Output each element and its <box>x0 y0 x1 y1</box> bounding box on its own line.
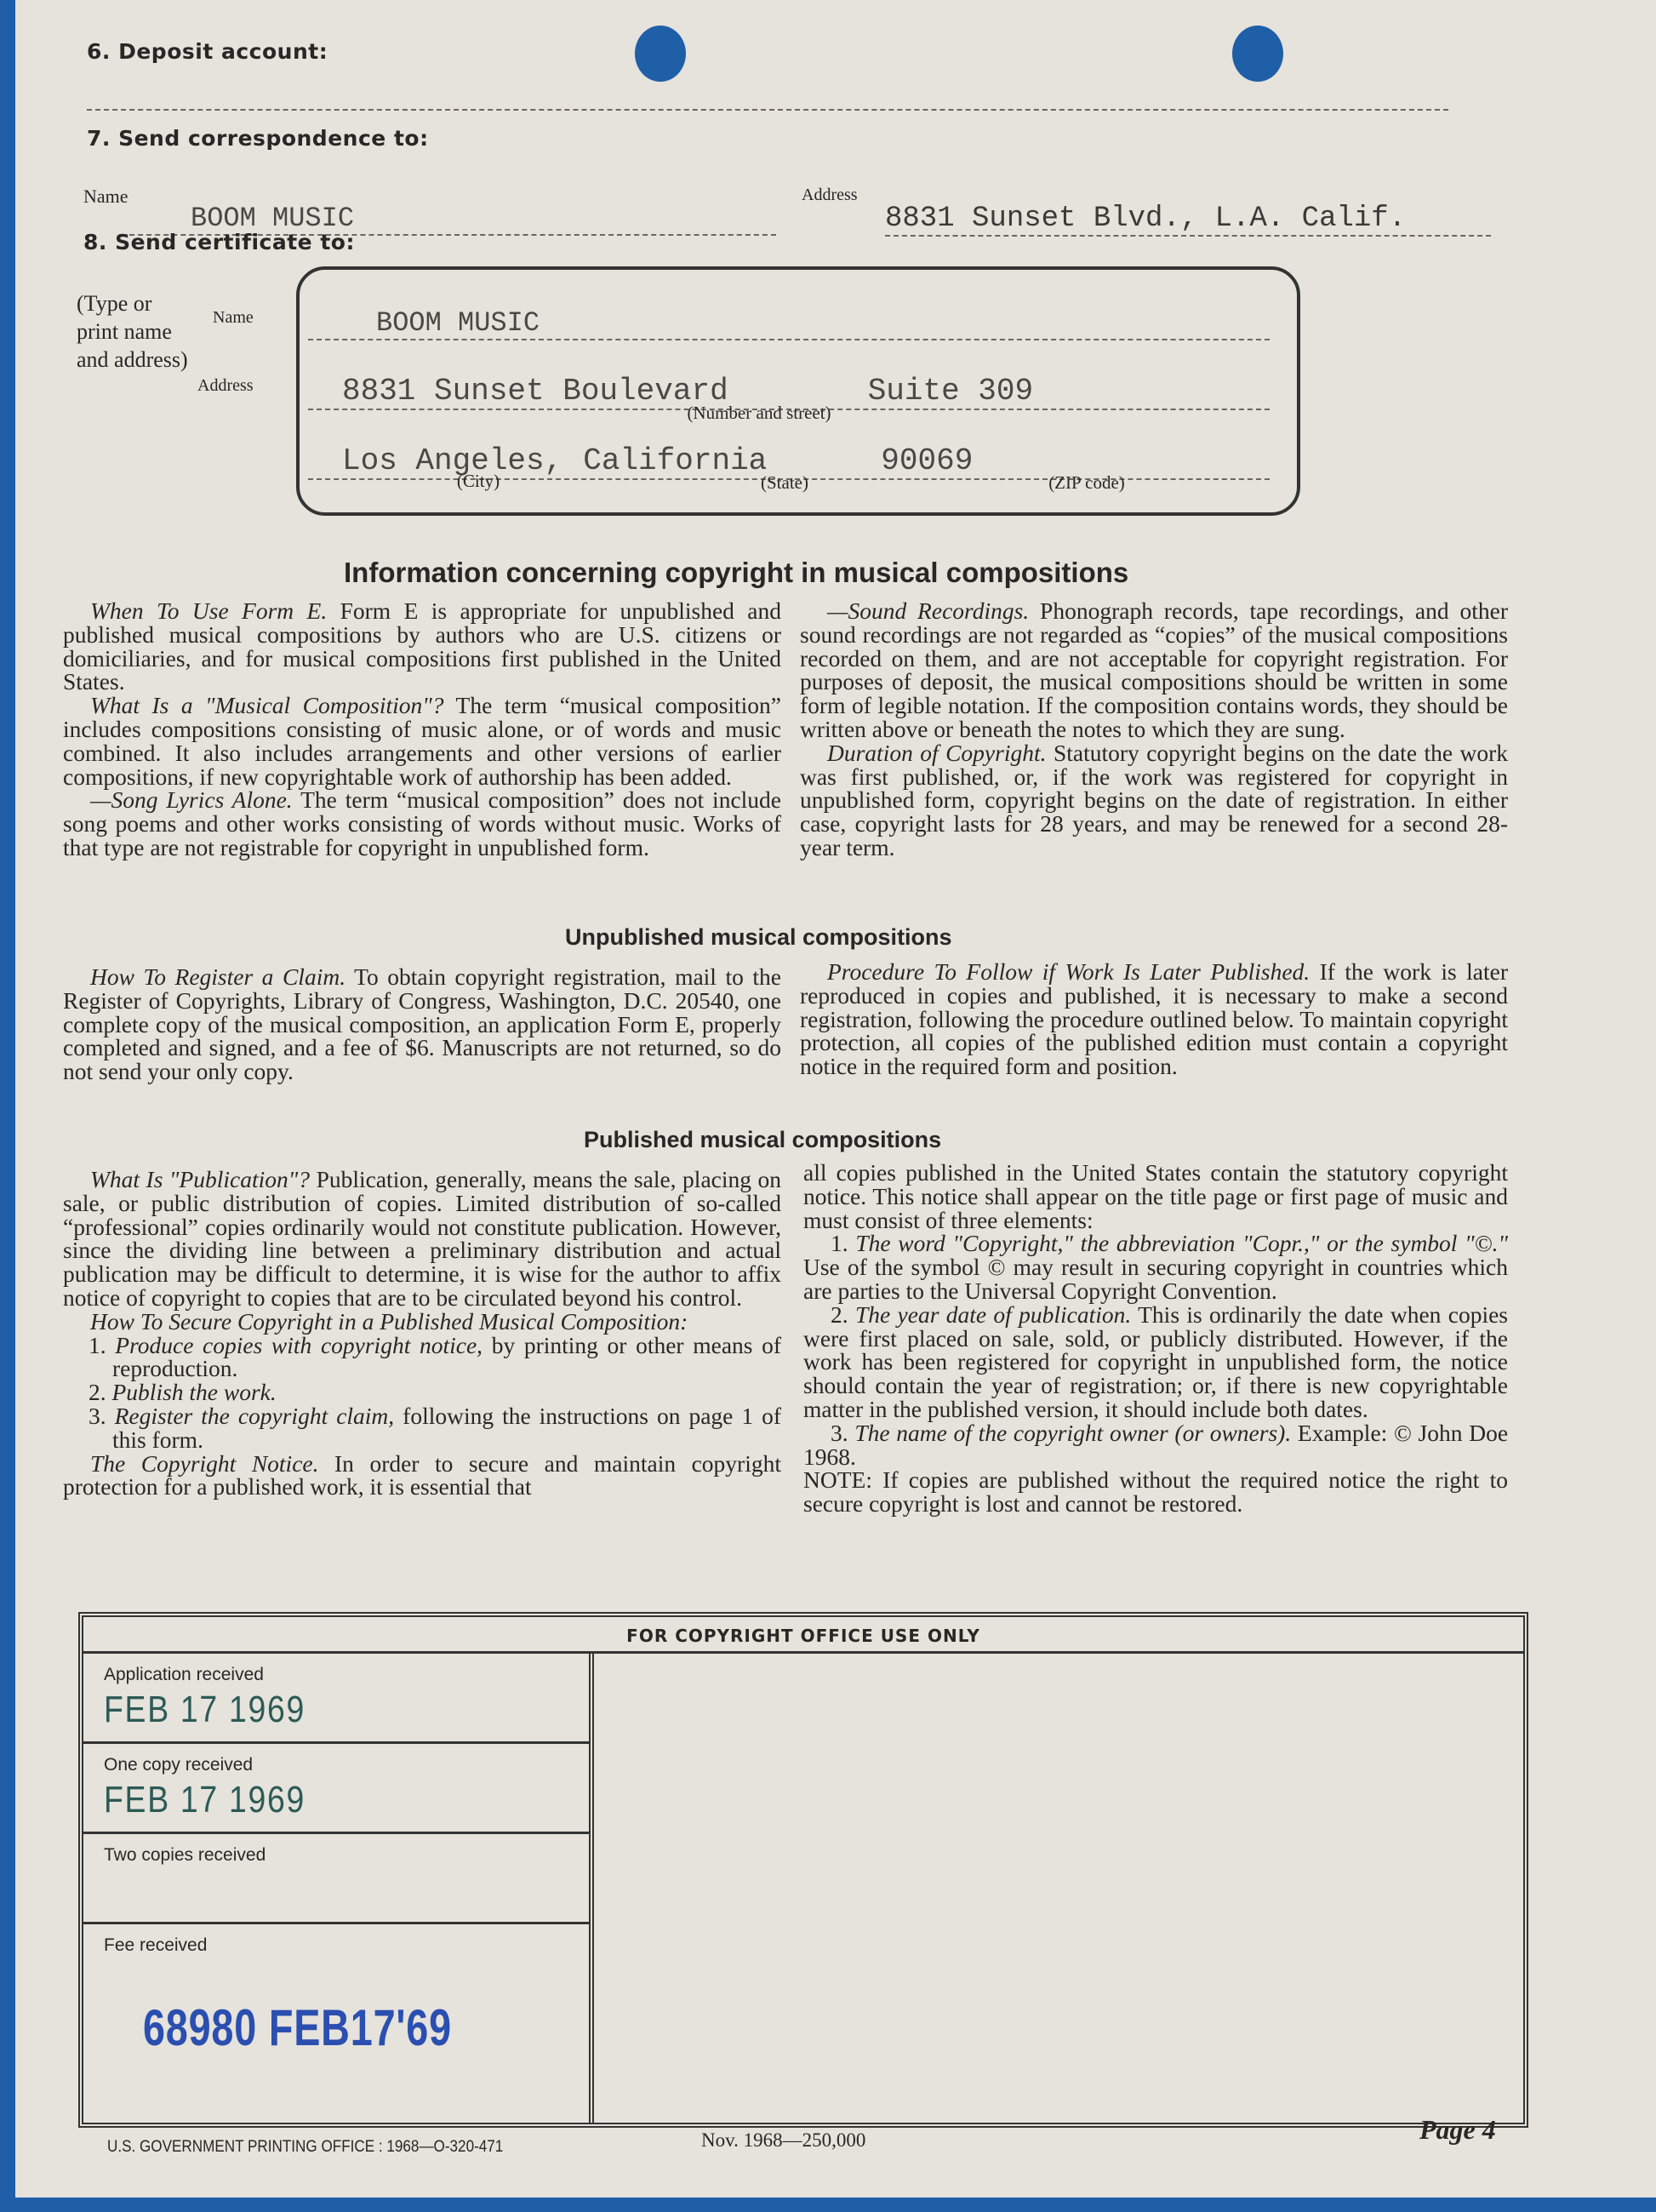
fee-received-cell: Fee received 68980 FEB17'69 <box>83 1922 589 2109</box>
what-is-publication-head: What Is "Publication"? <box>90 1166 310 1192</box>
info-left-column: When To Use Form E. Form E is appropriat… <box>63 599 781 860</box>
unpublished-right-column: Procedure To Follow if Work Is Later Pub… <box>800 960 1508 1078</box>
step-number: 2. <box>89 1379 106 1405</box>
form-page: 6. Deposit account: 7. Send corresponden… <box>15 0 1656 2198</box>
page-number: Page 4 <box>1419 2114 1496 2146</box>
step-head: Produce copies with copyright notice, <box>115 1332 483 1358</box>
deposit-account-field[interactable] <box>87 109 1448 111</box>
element-number: 2. <box>831 1301 848 1328</box>
one-copy-received-cell: One copy received FEB 17 1969 <box>83 1741 589 1834</box>
application-received-stamp: FEB 17 1969 <box>104 1689 306 1731</box>
two-copies-received-label: Two copies received <box>104 1845 266 1866</box>
notice-intro: all copies published in the United State… <box>803 1161 1508 1232</box>
element-body: Use of the symbol © may result in securi… <box>803 1254 1508 1304</box>
info-title: Information concerning copyright in musi… <box>344 557 1128 589</box>
one-copy-received-label: One copy received <box>104 1755 253 1775</box>
city-caption: (City) <box>436 471 521 492</box>
cert-name-field[interactable]: BOOM MUSIC <box>308 307 1270 340</box>
what-is-musical-head: What Is a "Musical Composition"? <box>90 692 444 718</box>
fee-received-stamp: 68980 FEB17'69 <box>143 1998 452 2057</box>
office-use-title: FOR COPYRIGHT OFFICE USE ONLY <box>83 1617 1523 1654</box>
state-caption: (State) <box>742 472 827 494</box>
element-head: The name of the copyright owner (or owne… <box>854 1420 1291 1446</box>
element-number: 1. <box>831 1230 848 1256</box>
procedure-head: Procedure To Follow if Work Is Later Pub… <box>827 958 1310 985</box>
copyright-office-use-box: FOR COPYRIGHT OFFICE USE ONLY Applicatio… <box>78 1612 1528 2128</box>
published-title: Published musical compositions <box>584 1127 941 1153</box>
fee-received-label: Fee received <box>104 1935 207 1956</box>
cert-zip-value: 90069 <box>881 443 973 478</box>
application-received-cell: Application received FEB 17 1969 <box>83 1651 589 1744</box>
deposit-account-label: 6. Deposit account: <box>87 39 328 64</box>
unpublished-title: Unpublished musical compositions <box>565 924 952 951</box>
sound-recordings-head: —Sound Recordings. <box>827 597 1029 624</box>
element-number: 3. <box>831 1420 848 1446</box>
certificate-address-box: BOOM MUSIC 8831 Sunset Boulevard Suite 3… <box>296 266 1300 516</box>
correspondence-address-value: 8831 Sunset Blvd., L.A. Calif. <box>885 203 1406 235</box>
application-received-label: Application received <box>104 1665 264 1685</box>
when-to-use-head: When To Use Form E. <box>90 597 327 624</box>
how-to-secure-head: How To Secure Copyright in a Published M… <box>90 1308 688 1335</box>
step-head: Register the copyright claim, <box>115 1403 395 1429</box>
cert-suite-value: Suite 309 <box>868 374 1033 409</box>
note-text: NOTE: If copies are published without th… <box>803 1468 1508 1516</box>
cert-state-value: California <box>583 443 767 478</box>
duration-head: Duration of Copyright. <box>827 740 1047 766</box>
published-right-column: all copies published in the United State… <box>803 1161 1508 1516</box>
zip-caption: (ZIP code) <box>1031 472 1142 494</box>
correspondence-label: 7. Send correspondence to: <box>87 126 429 151</box>
print-run: Nov. 1968—250,000 <box>701 2129 865 2152</box>
element-head: The word "Copyright," the abbreviation "… <box>855 1230 1508 1256</box>
one-copy-received-stamp: FEB 17 1969 <box>104 1779 306 1821</box>
step-number: 1. <box>89 1332 106 1358</box>
step-number: 3. <box>89 1403 106 1429</box>
type-or-print-note: (Type or print name and address) <box>77 289 196 374</box>
info-right-column: —Sound Recordings. Phonograph records, t… <box>800 599 1508 860</box>
step-head: Publish the work. <box>112 1379 277 1405</box>
published-left-column: What Is "Publication"? Publication, gene… <box>63 1168 781 1499</box>
name-label: Name <box>83 186 128 208</box>
punch-hole <box>1232 26 1283 82</box>
how-to-register-head: How To Register a Claim. <box>90 963 345 990</box>
street-caption: (Number and street) <box>665 403 853 424</box>
unpublished-left-column: How To Register a Claim. To obtain copyr… <box>63 965 781 1083</box>
cert-address-label: Address <box>197 376 254 396</box>
song-lyrics-head: —Song Lyrics Alone. <box>90 786 293 813</box>
two-copies-received-cell: Two copies received <box>83 1832 589 1924</box>
copyright-notice-head: The Copyright Notice. <box>90 1450 318 1477</box>
printer-imprint: U.S. GOVERNMENT PRINTING OFFICE : 1968—O… <box>107 2138 503 2157</box>
element-head: The year date of publication. <box>855 1301 1131 1328</box>
punch-hole <box>635 26 686 82</box>
office-receipt-cells: Application received FEB 17 1969 One cop… <box>83 1651 594 2123</box>
correspondence-address-field[interactable]: 8831 Sunset Blvd., L.A. Calif. <box>885 203 1491 237</box>
cert-name-value: BOOM MUSIC <box>376 307 540 339</box>
address-label: Address <box>802 186 858 205</box>
cert-name-label: Name <box>213 308 254 328</box>
certificate-label: 8. Send certificate to: <box>83 230 355 254</box>
